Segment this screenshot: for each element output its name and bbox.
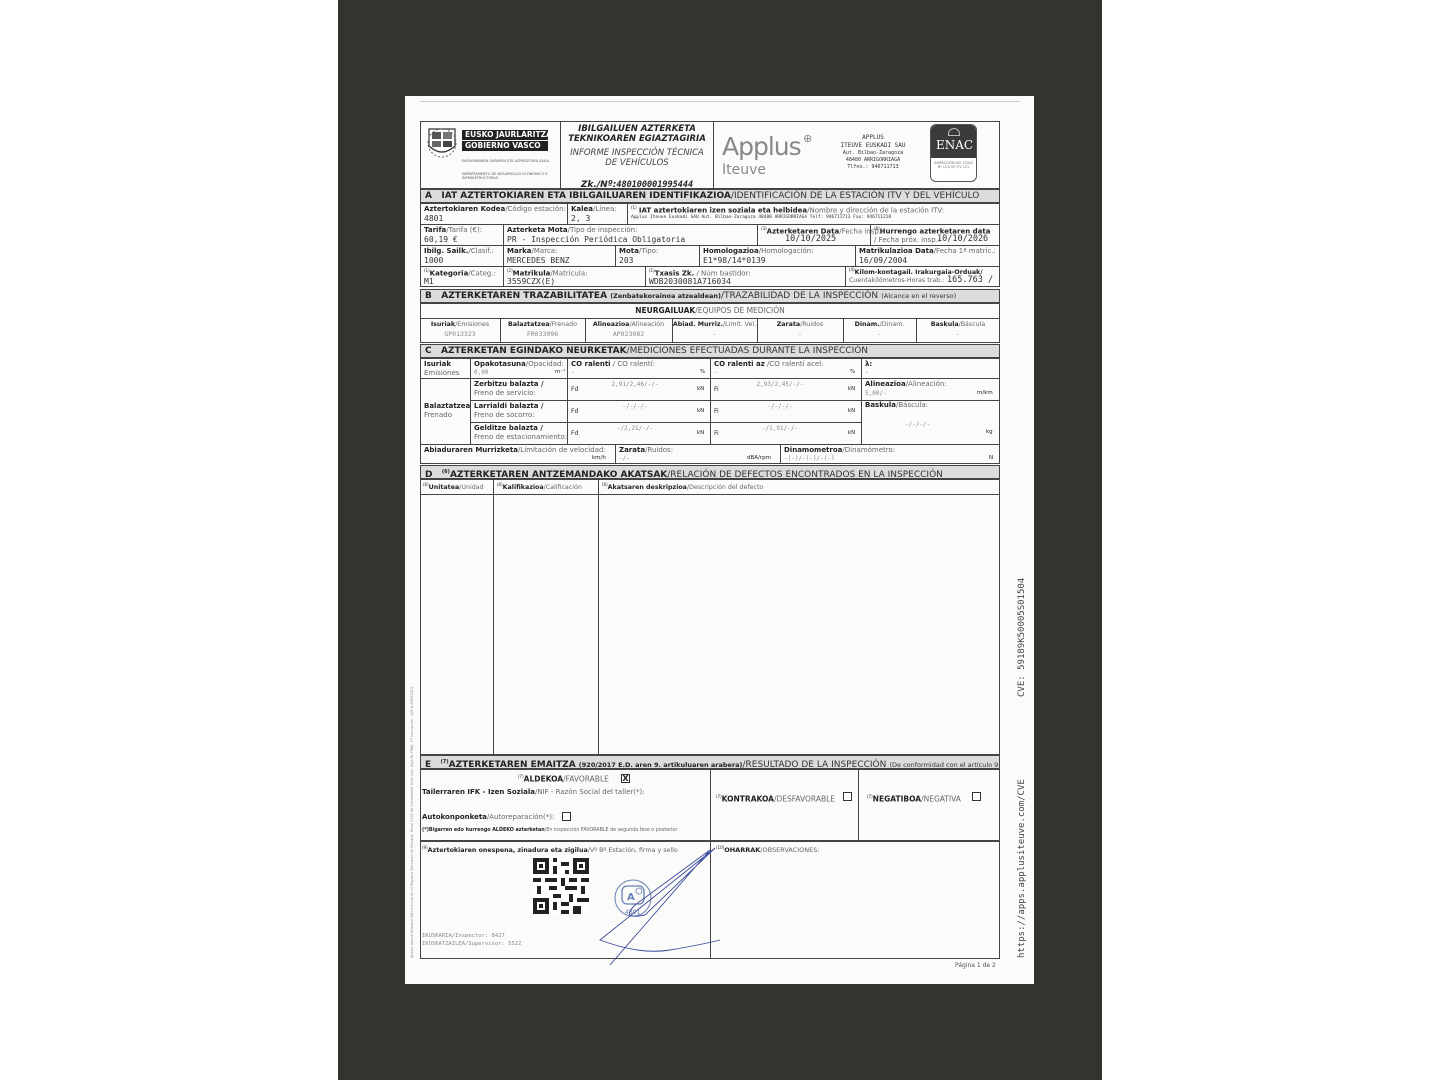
homologation-value: E1*98/14*0139 [703,257,766,265]
cve-code: CVE: 59189K50005S01504 [1017,578,1027,697]
classification-value: 1000 [424,257,443,265]
equipment-label: Alineazioa/Alineación [585,322,672,328]
brake-fd-value: -/2,21/-/- [590,426,680,432]
title-eu-2: TEKNIKOAREN EGIAZTAGIRIA [562,135,712,144]
defects-table [420,479,1000,755]
cve-url[interactable]: https://apps.applusiteuve.com/CVE [1017,779,1027,958]
dept-es: DEPARTAMENTO DE DESARROLLO ECONÓMICO E I… [462,172,552,180]
document-number: Zk./Nº:480100001995444 [562,174,712,190]
applus-logo: Applus [722,134,801,159]
equipment-value: GP013323 [420,331,500,338]
noise-value: -/- [619,456,630,462]
gov-name-eu: EUSKO JAURLARITZA [462,130,548,140]
applus-plus-icon: ⊕ [803,133,812,144]
plate-value: 3559CZX(E) [507,278,555,286]
negative-checkbox[interactable] [972,792,981,801]
defects-col-description: (6)Akatsaren deskripzioa/Descripción del… [602,483,763,491]
equipment-value: - [916,331,1000,338]
type-value: 203 [619,257,633,265]
dynamometer-value: -(-)/-(-)/-(-) [784,456,835,462]
equipment-label: Dinam./Dinam. [843,322,916,328]
inspector-id: IKUSKARIA/Inspector: 8427 [422,934,505,940]
section-d-header: D (6)AZTERKETAREN ANTZEMANDAKO AKATSAK/R… [420,465,1000,479]
vin-value: WDB2030081A716034 [649,278,731,286]
brand-value: MERCEDES BENZ [507,257,570,265]
equipment-value: - [843,331,916,338]
brake-fi-value: -/1,91/-/- [735,426,825,432]
category-value: M1 [424,278,434,286]
equipment-value: - [672,331,757,338]
equipment-label: Isuriak/Emisiones [420,322,500,328]
defects-col-unit: (6)Unitatea/Unidad [423,483,484,491]
speed-limit-value: - [424,456,428,462]
equipment-value: - [757,331,843,338]
equipment-value: AP023082 [585,331,672,338]
registry-note: Applus Iteuve Euskadi SAU Inscrita en el… [410,687,414,958]
odometer-value: 165.763 / [947,276,993,285]
unfavorable-checkbox[interactable] [843,792,852,801]
signature-scribble [560,845,730,970]
co-idle-value: - [571,370,575,376]
defects-col-rating: (6)Kalifikazioa/Calificación [497,483,582,491]
title-eu-1: IBILGAILUEN AZTERKETA [562,125,712,134]
dept-eu: EKONOMIAREN GARAPEN ETA AZPIEGITURA SAIL… [462,159,552,163]
section-e-header: E (7)AZTERKETAREN EMAITZA (920/2017 E.D.… [420,755,1000,769]
brake-fd-value: 2,91/2,46/-/- [590,382,680,388]
equipment-label: Abiad. Murriz./Limit. Vel. [672,322,757,328]
page-number: Página 1 de 2 [955,963,996,969]
title-es-1: INFORME INSPECCIÓN TÉCNICA [562,149,712,158]
brake-fi-value: 2,93/2,45/-/- [735,382,825,388]
alignment-value: 5,00/- [865,391,887,397]
self-repair-checkbox[interactable] [562,812,571,821]
favorable-checkbox[interactable]: X [621,774,630,783]
crown-icon [948,128,960,136]
scale-value: -/-/-/- [905,422,930,428]
equipment-label: Baskula/Báscula [916,322,1000,328]
brake-fd-value: -/-/-/- [590,404,680,410]
station-code-value: 4801 [424,215,443,223]
coat-of-arms-icon [425,126,459,158]
equipment-header: NEURGAILUAK/EQUIPOS DE MEDICIÓN [420,307,1000,315]
basque-government-logo [425,126,459,158]
line-value: 2, 3 [571,215,590,223]
background-left [0,0,338,1080]
equipment-value: FR033096 [500,331,585,338]
brake-fi-value: -/-/-/- [735,404,825,410]
station-code-label: Aztertokiaren Kodea/Código estación: [424,206,566,213]
station-name-value: Applus Iteuve Euskadi SAU Aut. Bilbao-Za… [631,216,891,221]
gov-name-es: GOBIERNO VASCO [462,141,548,151]
observations-label: (10)OHARRAK/OBSERVACIONES: [716,846,820,854]
section-c-header: C AZTERKETAN EGINDAKO NEURKETAK/MEDICION… [420,344,1000,358]
opacity-value: 0,00 [474,370,488,376]
equipment-label: Balaztatzea/Frenado [500,322,585,328]
co-idle-acc-value: - [714,370,718,376]
section-b-header: B AZTERKETAREN TRAZABILITATEA (Zenbateko… [420,289,1000,303]
tariff-value: 60,19 € [424,236,458,244]
lambda-value: - [865,370,869,376]
enac-logo: ENAC INSPECCIÓN ISO 17020 Nº 121/ EI/ IT… [930,124,977,182]
inspection-date-value: 10/10/2025 [785,235,836,244]
inspection-type-value: PR - Inspección Periódica Obligatoria [507,236,685,244]
equipment-label: Zarata/Ruidos [757,322,843,328]
iteuve-logo: Iteuve [722,163,766,177]
background-right [1102,0,1440,1080]
title-es-2: DE VEHÍCULOS [562,159,712,168]
registration-date-value: 16/09/2004 [859,257,907,265]
supervisor-id: IKUSKATZAILEA/Supervisor: 5522 [422,942,521,948]
section-a-header: A IAT AZTERTOKIAREN ETA IBILGAILUAREN ID… [420,189,1000,203]
next-inspection-date-value: 10/10/2026 [937,235,988,244]
